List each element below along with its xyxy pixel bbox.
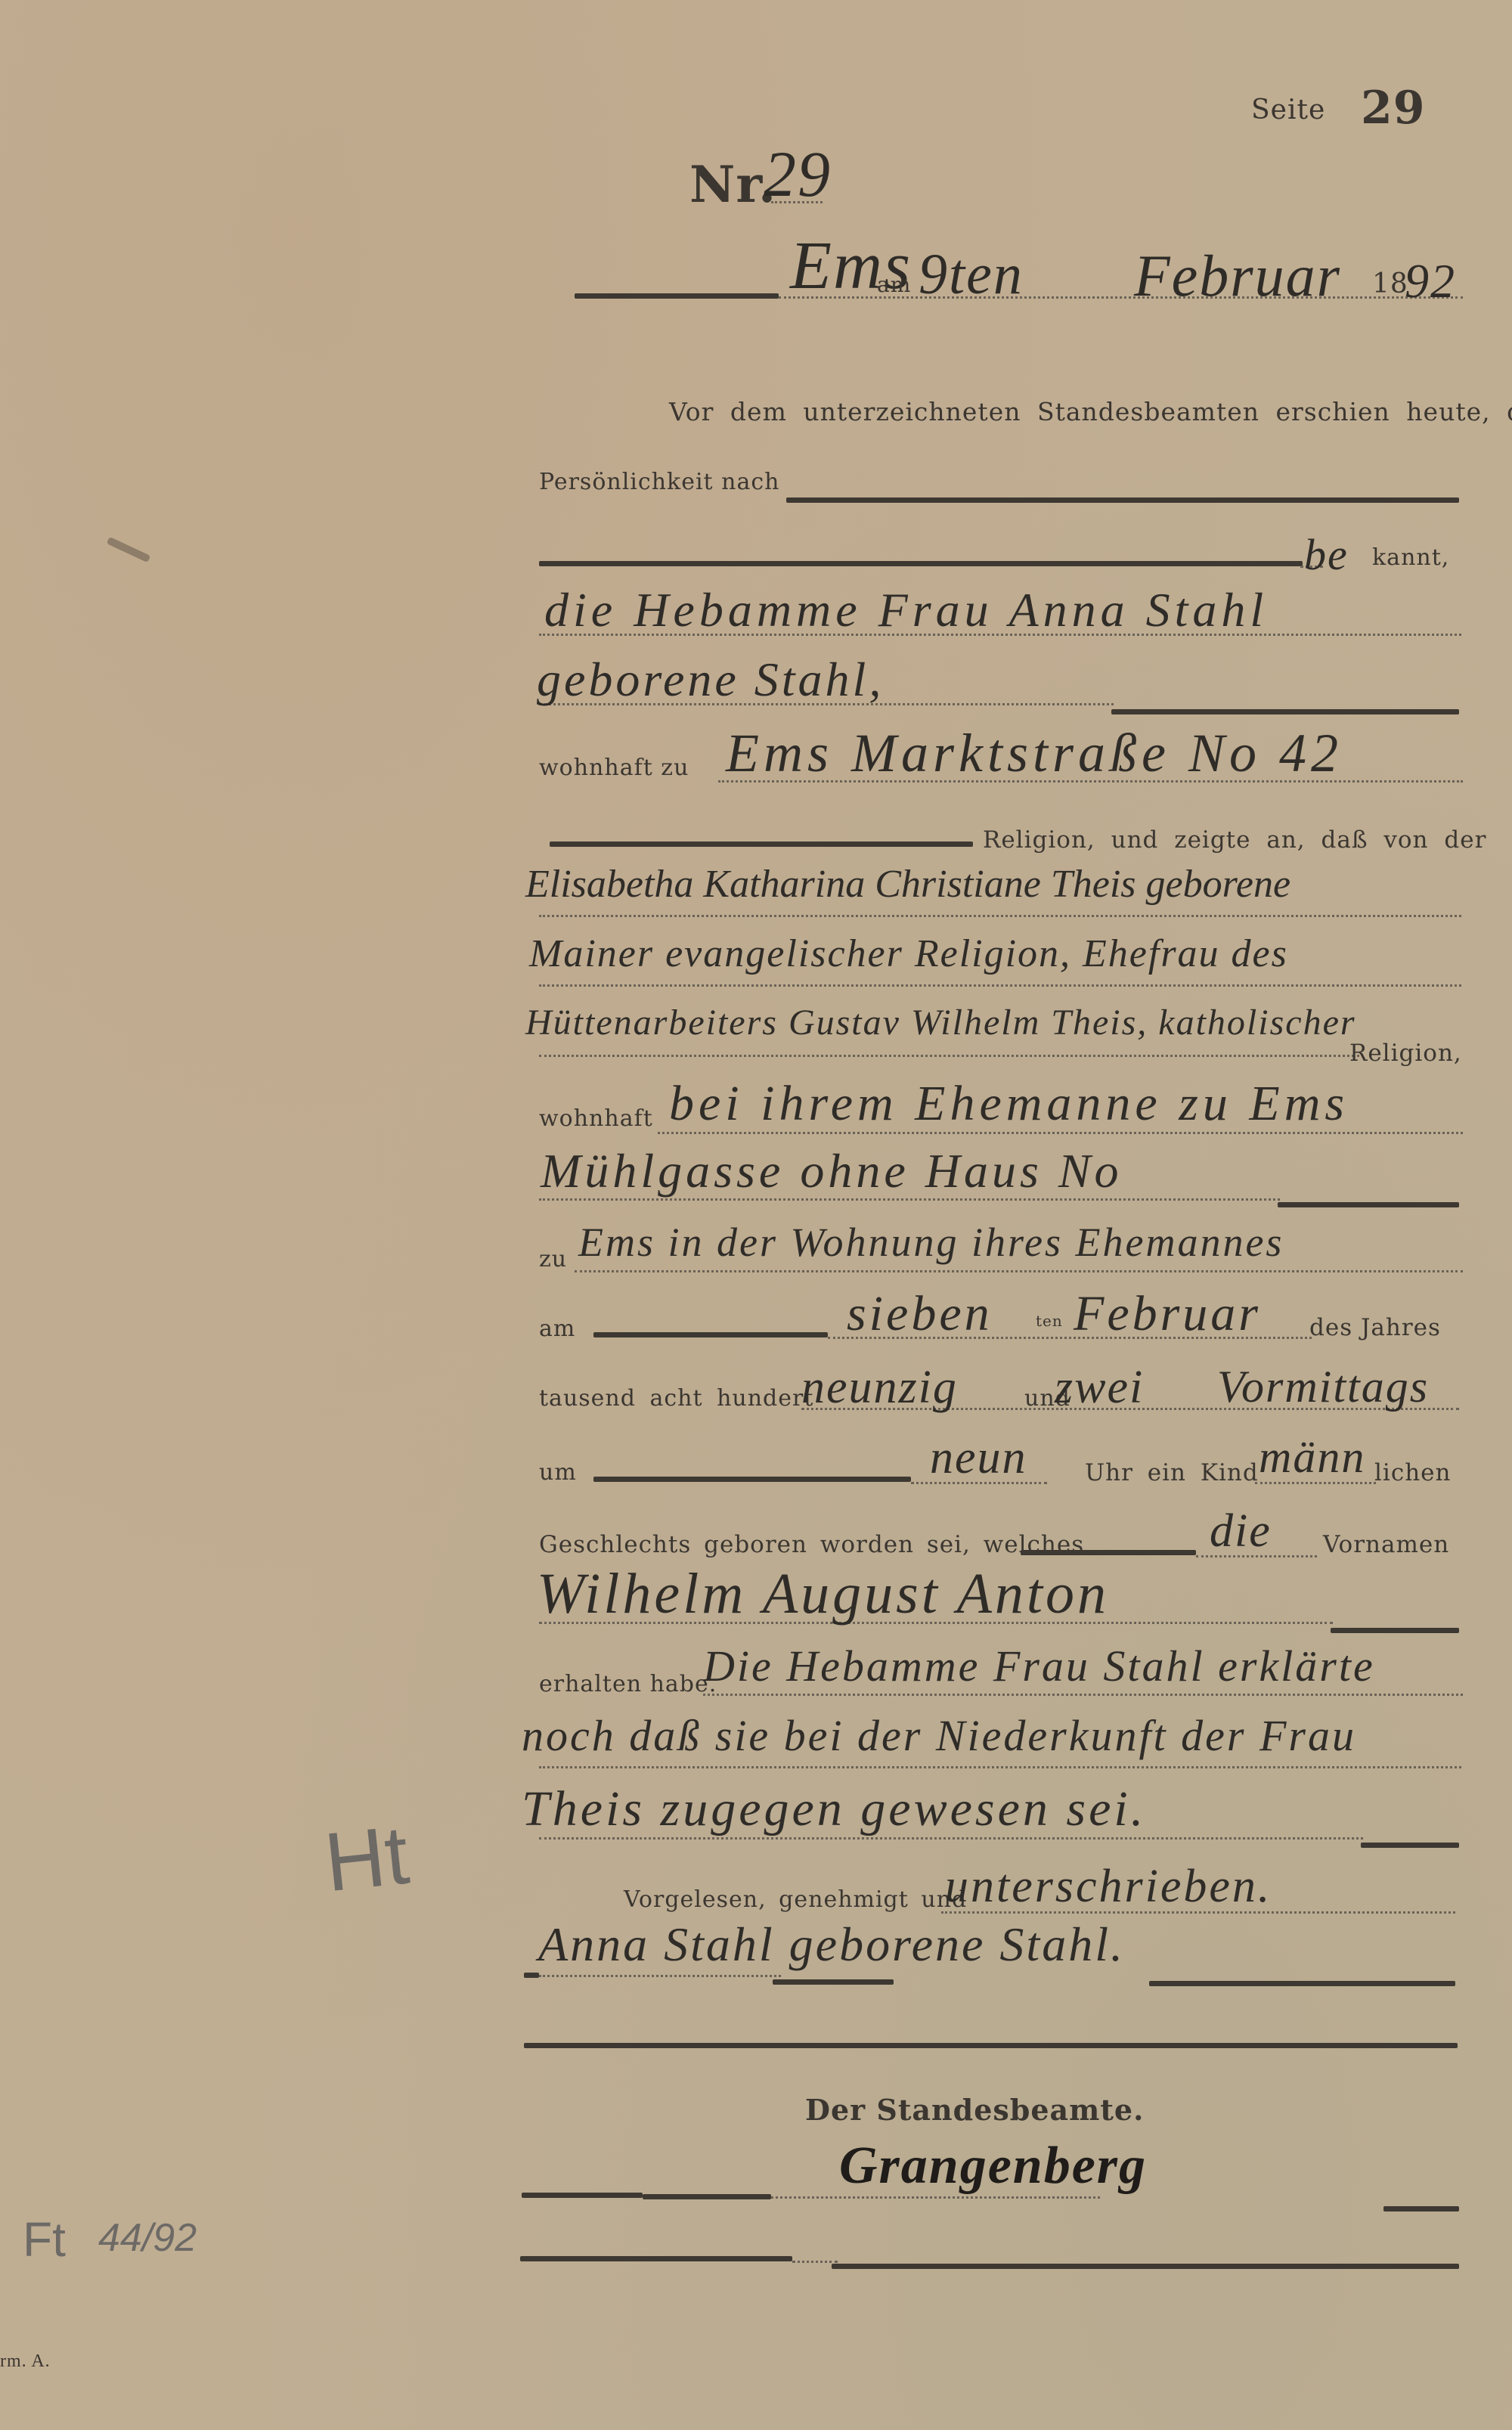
mother-residence-value-1: bei ihrem Ehemanne zu Ems: [669, 1075, 1349, 1133]
register-ref-symbol: Ft: [23, 2211, 66, 2267]
known-prefix: be: [1304, 529, 1349, 580]
received-label: erhalten habe.: [539, 1671, 717, 1697]
official-signature: Grangenberg: [839, 2136, 1147, 2196]
identity-blank-rule: [786, 497, 1459, 503]
declarant-name-line-1: die Hebamme Frau Anna Stahl: [544, 582, 1268, 638]
gender-line: Geschlechts geboren worden sei, welches: [539, 1531, 1084, 1558]
form-label: rm. A.: [0, 2351, 51, 2372]
official-blank-rule-right-end: [1383, 2206, 1459, 2211]
child-names-blank-rule: [1331, 1628, 1459, 1633]
intro-line: Vor dem unterzeichneten Standesbeamten e…: [669, 397, 1512, 426]
official-lower-rule-right: [832, 2264, 1459, 2269]
place-blank-rule: [575, 293, 779, 299]
birthplace-line: [575, 1270, 1463, 1272]
time-of-day-value: Vormittags: [1217, 1361, 1429, 1413]
names-blank-rule: [1021, 1550, 1196, 1555]
mother-name-line-1: Elisabetha Katharina Christiane Theis ge…: [525, 862, 1290, 907]
am-label: am: [877, 272, 911, 297]
residence-value: Ems Marktstraße No 42: [726, 722, 1343, 785]
mother-line-3: [539, 1055, 1359, 1057]
margin-smudge: [107, 537, 151, 563]
declarant-signature-line: [539, 1975, 781, 1977]
identity-label: Persönlichkeit nach: [539, 469, 779, 495]
date-year-label: des Jahres: [1309, 1314, 1441, 1341]
register-ref: 44/92: [98, 2215, 197, 2261]
official-signature-line: [771, 2196, 1100, 2199]
margin-pencil-mark: Ht: [321, 1807, 414, 1911]
religion-blank-rule: [550, 842, 973, 847]
hour-label: um: [539, 1459, 577, 1486]
page-number: 29: [1361, 82, 1426, 135]
statement-blank-rule: [1361, 1843, 1459, 1848]
birthplace-value: Ems in der Wohnung ihres Ehemannes: [578, 1219, 1284, 1266]
statement-line-1: [703, 1694, 1463, 1696]
declarant-signature: Anna Stahl geborene Stahl.: [538, 1917, 1125, 1973]
closing-blank-rule: [524, 2043, 1458, 2048]
read-value: unterschrieben.: [945, 1860, 1272, 1914]
religion-label: Religion, und zeigte an, daß von der: [983, 826, 1486, 854]
statement-line-1-value: Die Hebamme Frau Stahl erklärte: [703, 1641, 1375, 1691]
day-value: 9ten: [919, 242, 1024, 308]
signature-blank-extension: [1149, 1981, 1455, 1986]
date-month-value: Februar: [1074, 1285, 1261, 1343]
mother-line-2: [539, 984, 1461, 987]
mother-name-line-3: Hüttenarbeiters Gustav Wilhelm Theis, ka…: [525, 1002, 1356, 1043]
official-blank-rule-left: [522, 2193, 643, 2198]
signature-lead-rule: [524, 1973, 539, 1978]
sex-suffix: lichen: [1374, 1459, 1451, 1486]
record-number-value: 29: [764, 136, 832, 212]
year-value-2: zwei: [1055, 1361, 1144, 1415]
known-label: kannt,: [1372, 544, 1449, 571]
declarant-blank-rule: [1111, 709, 1459, 714]
declarant-name-line-2: geborene Stahl,: [537, 652, 884, 708]
sex-value: männ: [1259, 1431, 1365, 1483]
uhr-label: Uhr ein Kind: [1085, 1459, 1259, 1486]
statement-line-2-value: noch daß sie bei der Niederkunft der Fra…: [522, 1710, 1356, 1761]
official-title: Der Standesbeamte.: [805, 2093, 1144, 2127]
names-label: Vornamen: [1323, 1531, 1449, 1558]
mother-name-line-2: Mainer evangelischer Religion, Ehefrau d…: [529, 931, 1288, 976]
birthplace-label: zu: [539, 1246, 567, 1272]
residence-label: wohnhaft zu: [539, 755, 689, 781]
read-label: Vorgelesen, genehmigt und: [624, 1886, 967, 1913]
mother-residence-label: wohnhaft: [539, 1105, 653, 1132]
date-day-suffix: ten: [1036, 1312, 1063, 1330]
statement-line-2: [539, 1766, 1461, 1768]
official-lower-line: [792, 2261, 838, 2263]
mother-residence-value-2: Mühlgasse ohne Haus No: [541, 1143, 1123, 1199]
official-blank-rule-left-2: [643, 2194, 771, 2199]
child-names-value: Wilhelm August Anton: [537, 1561, 1109, 1627]
year-label: tausend acht hundert: [539, 1385, 813, 1412]
year-prefix: 18: [1372, 268, 1408, 299]
mother-residence-blank-rule: [1278, 1202, 1459, 1207]
mother-line-1: [539, 915, 1461, 917]
official-lower-rule-left: [520, 2256, 792, 2261]
month-value: Februar: [1134, 242, 1341, 310]
date-blank-rule: [593, 1332, 828, 1337]
page-label: Seite: [1251, 95, 1325, 126]
year-suffix: 92: [1405, 253, 1456, 309]
hour-value: neun: [930, 1431, 1027, 1485]
known-blank-rule: [539, 561, 1303, 566]
date-label: am: [539, 1316, 575, 1342]
hour-blank-rule: [593, 1477, 911, 1482]
date-day-value: sieben: [847, 1285, 993, 1343]
statement-line-3-value: Theis zugegen gewesen sei.: [522, 1781, 1146, 1838]
religion-label-2: Religion,: [1349, 1040, 1462, 1067]
declarant-signature-blank-rule: [773, 1979, 894, 1985]
names-hand: die: [1210, 1505, 1272, 1558]
year-value-1: neunzig: [801, 1361, 958, 1415]
